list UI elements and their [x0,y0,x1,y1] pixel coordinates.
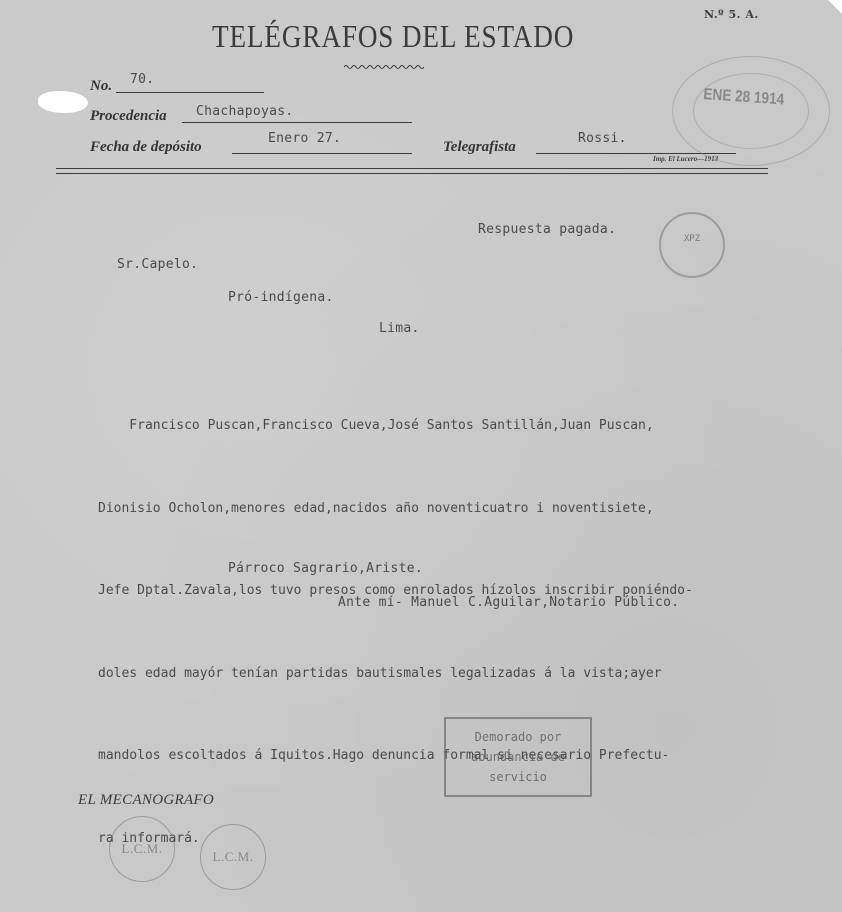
header-double-rule [56,168,768,174]
telegrafista-value: Rossi. [578,131,627,146]
delay-stamp-line: servicio [489,767,547,787]
addressee: Sr.Capelo. [117,257,198,272]
procedencia-label: Procedencia [90,108,167,125]
received-date-stamp-inner-ring [693,73,809,149]
telegram-document: N.º 5. A. TELÉGRAFOS DEL ESTADO No. 70. … [0,0,842,912]
fecha-value: Enero 27. [268,131,341,146]
no-underline [116,92,264,93]
form-number: N.º 5. A. [704,8,759,21]
round-seal-stamp: XPZ [659,212,725,278]
reply-paid-note: Respuesta pagada. [478,222,616,237]
signature-parroco: Párroco Sagrario,Ariste. [228,561,423,576]
delay-stamp: Demorado por abundancia de servicio [444,717,592,797]
message-body: Francisco Puscan,Francisco Cueva,José Sa… [98,357,842,907]
torn-corner [828,0,842,14]
city: Lima. [379,321,420,336]
delay-stamp-line: abundancia de [471,747,565,767]
body-line: Dionisio Ocholon,menores edad,nacidos añ… [98,495,842,523]
body-line: doles edad mayór tenían partidas bautism… [98,660,842,688]
no-label: No. [90,78,112,95]
round-seal-text: XPZ [661,234,723,244]
no-value: 70. [130,72,154,87]
delay-stamp-line: Demorado por [475,727,562,747]
body-line: Francisco Puscan,Francisco Cueva,José Sa… [98,412,842,440]
lcm-stamp-text: L.C.M. [122,841,163,857]
signature-notario: Ante mí- Manuel C.Aguilar,Notario Públic… [338,595,679,610]
lcm-stamp: L.C.M. [200,824,266,890]
received-date-stamp [672,56,830,166]
lcm-stamp: L.C.M. [109,816,175,882]
document-title: TELÉGRAFOS DEL ESTADO [212,18,552,55]
lcm-stamp-text: L.C.M. [213,849,254,865]
mecanografo-label: EL MECANOGRAFO [78,792,214,809]
telegrafista-label: Telegrafista [443,139,516,156]
procedencia-underline [182,122,412,123]
organization: Pró-indígena. [228,290,334,305]
fecha-label: Fecha de depósito [90,139,202,156]
paper-hole [38,91,88,113]
title-ornament [344,64,424,70]
procedencia-value: Chachapoyas. [196,104,294,119]
fecha-underline [232,153,412,154]
